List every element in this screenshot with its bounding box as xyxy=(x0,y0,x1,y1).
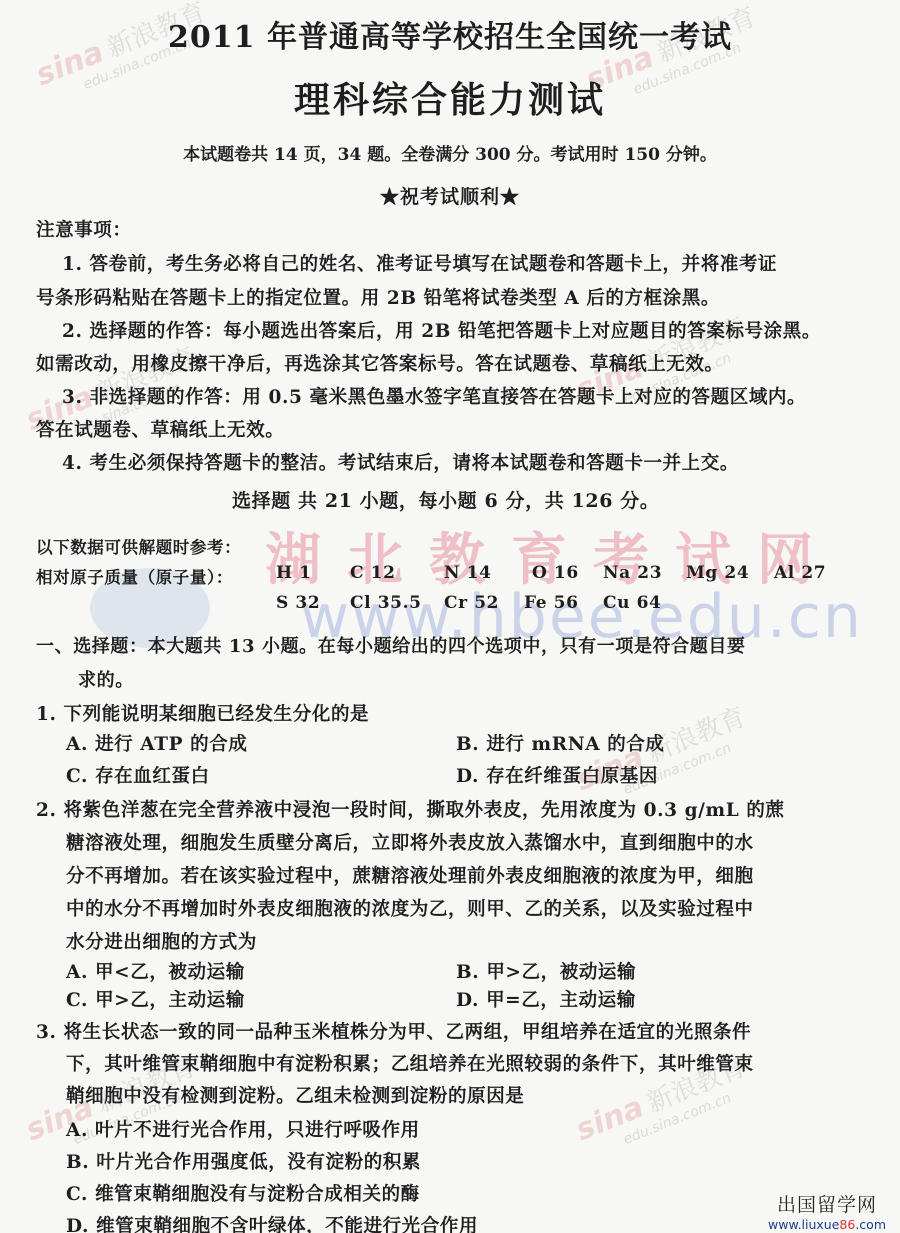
question-2-stem-line5: 水分进出细胞的方式为 xyxy=(66,928,257,954)
notice-heading: 注意事项： xyxy=(36,216,132,242)
atomic-mass-mg: Mg 24 xyxy=(686,563,749,583)
question-2-stem-line2: 糖溶液处理，细胞发生质壁分离后，立即将外表皮放入蒸馏水中，直到细胞中的水 xyxy=(66,829,754,855)
atomic-mass-cu: Cu 64 xyxy=(603,593,661,613)
question-2-option-d: D. 甲=乙，主动运输 xyxy=(456,986,636,1012)
question-2-stem-line1: 2. 将紫色洋葱在完全营养液中浸泡一段时间，撕取外表皮，先用浓度为 0.3 g/… xyxy=(36,796,785,822)
question-1-option-a: A. 进行 ATP 的合成 xyxy=(66,730,247,756)
notice-item-2-line1: 2. 选择题的作答：每小题选出答案后，用 2B 铅笔把答题卡上对应题目的答案标号… xyxy=(62,317,821,343)
atomic-mass-c: C 12 xyxy=(350,563,396,583)
question-2-option-b: B. 甲>乙，被动运输 xyxy=(456,958,636,984)
question-3-stem-line3: 鞘细胞中没有检测到淀粉。乙组未检测到淀粉的原因是 xyxy=(66,1082,524,1108)
question-2-stem-line3: 分不再增加。若在该实验过程中，蔗糖溶液处理前外表皮细胞液的浓度为甲，细胞 xyxy=(66,862,754,888)
question-2-option-c: C. 甲>乙，主动运输 xyxy=(66,986,245,1012)
part1-instructions-line2: 求的。 xyxy=(78,666,134,692)
exam-page: sina新浪教育 edu.sina.com.cn sina新浪教育 edu.si… xyxy=(0,0,900,1233)
atomic-mass-na: Na 23 xyxy=(603,563,662,583)
question-3-option-c: C. 维管束鞘细胞没有与淀粉合成相关的酶 xyxy=(66,1180,420,1206)
question-3-stem-line1: 3. 将生长状态一致的同一品种玉米植株分为甲、乙两组，甲组培养在适宜的光照条件 xyxy=(36,1018,751,1044)
liuxue86-logo[interactable]: 出国留学网 www.liuxue86.com xyxy=(768,1190,886,1232)
question-1-option-b: B. 进行 mRNA 的合成 xyxy=(456,730,665,756)
atomic-mass-s: S 32 xyxy=(276,593,320,613)
question-3-stem-line2: 下，其叶维管束鞘细胞中有淀粉积累；乙组培养在光照较弱的条件下，其叶维管束 xyxy=(66,1050,754,1076)
question-3-option-d: D. 维管束鞘细胞不含叶绿体，不能进行光合作用 xyxy=(66,1212,478,1233)
exam-info: 本试题卷共 14 页，34 题。全卷满分 300 分。考试用时 150 分钟。 xyxy=(0,140,900,165)
question-1-stem: 1. 下列能说明某细胞已经发生分化的是 xyxy=(36,700,369,726)
notice-item-3-line2: 答在试题卷、草稿纸上无效。 xyxy=(36,416,284,442)
notice-item-2-line2: 如需改动，用橡皮擦干净后，再选涂其它答案标号。答在试题卷、草稿纸上无效。 xyxy=(36,350,724,376)
exam-subtitle: 理科综合能力测试 xyxy=(0,72,900,123)
section-summary: 选择题 共 21 小题，每小题 6 分，共 126 分。 xyxy=(232,486,659,513)
site-name: 出国留学网 xyxy=(768,1190,886,1217)
notice-item-4-line1: 4. 考生必须保持答题卡的整洁。考试结束后，请将本试题卷和答题卡一并上交。 xyxy=(62,449,739,475)
reference-intro: 以下数据可供解题时参考： xyxy=(36,534,241,558)
notice-item-3-line1: 3. 非选择题的作答：用 0.5 毫米黑色墨水签字笔直接答在答题卡上对应的答题区… xyxy=(62,383,806,409)
question-3-option-a: A. 叶片不进行光合作用，只进行呼吸作用 xyxy=(66,1116,420,1142)
atomic-mass-label: 相对原子质量（原子量）： xyxy=(36,564,233,588)
question-2-stem-line4: 中的水分不再增加时外表皮细胞液的浓度为乙，则甲、乙的关系，以及实验过程中 xyxy=(66,895,754,921)
question-2-option-a: A. 甲<乙，被动运输 xyxy=(66,958,245,984)
atomic-mass-o: O 16 xyxy=(532,563,579,583)
site-url[interactable]: www.liuxue86.com xyxy=(768,1217,886,1232)
question-3-option-b: B. 叶片光合作用强度低，没有淀粉的积累 xyxy=(66,1148,421,1174)
notice-item-1-line2: 号条形码粘贴在答题卡上的指定位置。用 2B 铅笔将试卷类型 A 后的方框涂黑。 xyxy=(36,284,720,310)
atomic-mass-cr: Cr 52 xyxy=(444,593,499,613)
question-1-option-c: C. 存在血红蛋白 xyxy=(66,762,210,788)
atomic-mass-cl: Cl 35.5 xyxy=(350,593,422,613)
atomic-mass-h: H 1 xyxy=(276,563,312,583)
atomic-mass-fe: Fe 56 xyxy=(524,593,579,613)
question-1-option-d: D. 存在纤维蛋白原基因 xyxy=(456,762,658,788)
atomic-mass-al: Al 27 xyxy=(774,563,826,583)
good-luck-banner: ★祝考试顺利★ xyxy=(0,182,900,209)
part1-instructions-line1: 一、选择题：本大题共 13 小题。在每小题给出的四个选项中，只有一项是符合题目要 xyxy=(36,632,746,658)
exam-title: 2011 年普通高等学校招生全国统一考试 xyxy=(0,12,900,56)
notice-item-1-line1: 1. 答卷前，考生务必将自己的姓名、准考证号填写在试题卷和答题卡上，并将准考证 xyxy=(62,250,777,276)
atomic-mass-n: N 14 xyxy=(444,563,492,583)
